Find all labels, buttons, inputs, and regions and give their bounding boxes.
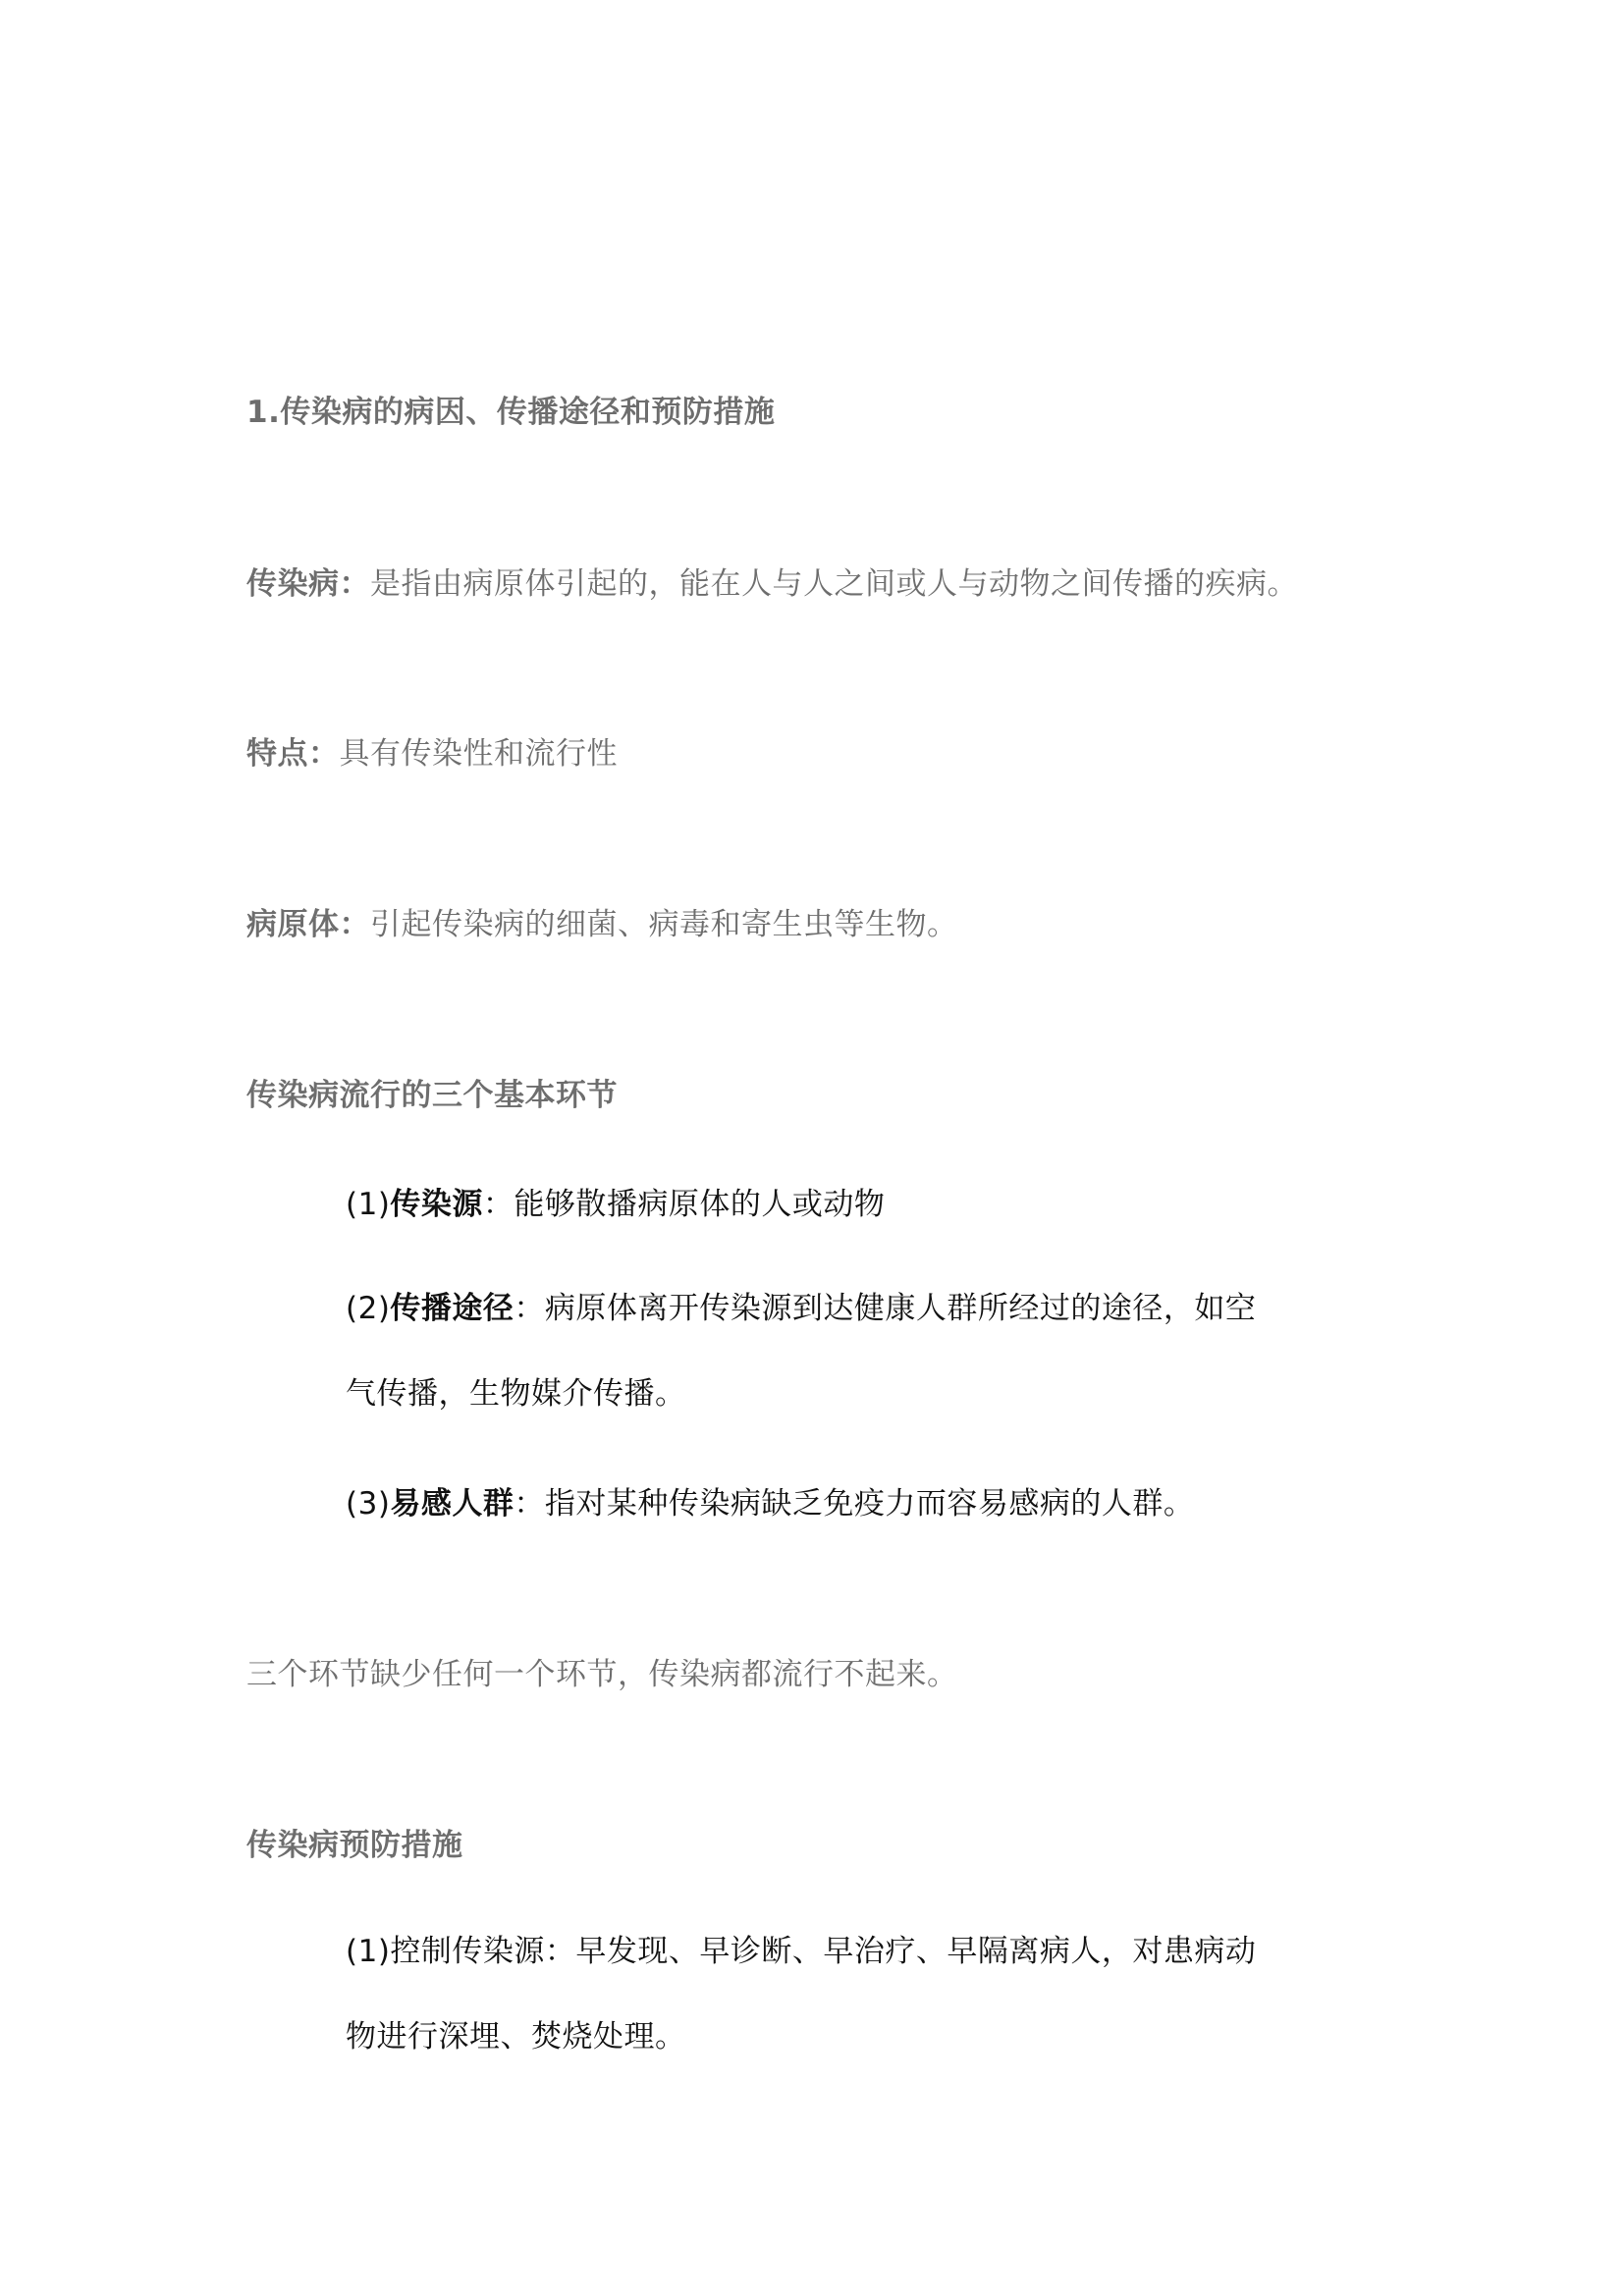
definition-text: 引起传染病的细菌、病毒和寄生虫等生物。 — [370, 907, 958, 942]
definition-infectious-disease: 传染病：是指由病原体引起的，能在人与人之间或人与动物之间传播的疾病。 — [246, 564, 1298, 604]
definition-separator: ： — [340, 566, 371, 602]
list-item-control-source: (1)控制传染源：早发现、早诊断、早治疗、早隔离病人，对患病动 — [346, 1932, 1256, 1971]
item-text: 病原体离开传染源到达健康人群所经过的途径，如空 — [545, 1291, 1257, 1326]
definition-term: 病原体 — [246, 907, 340, 942]
item-number: (1) — [346, 1187, 390, 1222]
list-item-route-continued: 气传播，生物媒介传播。 — [346, 1374, 686, 1414]
definition-separator: ： — [340, 907, 371, 942]
item-text: 指对某种传染病缺乏免疫力而容易感病的人群。 — [545, 1486, 1195, 1522]
list-item-source: (1)传染源：能够散播病原体的人或动物 — [346, 1185, 885, 1224]
definition-term: 特点 — [246, 736, 308, 772]
definition-text: 具有传染性和流行性 — [340, 736, 619, 772]
item-number: (2) — [346, 1291, 390, 1326]
section-heading-three-links: 传染病流行的三个基本环节 — [246, 1076, 618, 1115]
definition-text: 是指由病原体引起的，能在人与人之间或人与动物之间传播的疾病。 — [370, 566, 1298, 602]
list-item-susceptible: (3)易感人群：指对某种传染病缺乏免疫力而容易感病的人群。 — [346, 1484, 1194, 1523]
item-separator: ： — [483, 1187, 514, 1222]
item-text: 能够散播病原体的人或动物 — [514, 1187, 885, 1222]
item-term: 传播途径 — [390, 1291, 514, 1326]
definition-characteristics: 特点：具有传染性和流行性 — [246, 734, 618, 774]
list-item-route: (2)传播途径：病原体离开传染源到达健康人群所经过的途径，如空 — [346, 1289, 1256, 1328]
section-heading-prevention: 传染病预防措施 — [246, 1826, 463, 1865]
item-number: (3) — [346, 1486, 390, 1522]
item-separator: ： — [514, 1291, 545, 1326]
item-term: 传染源 — [390, 1187, 483, 1222]
document-title: 1.传染病的病因、传播途径和预防措施 — [246, 393, 775, 432]
definition-pathogen: 病原体：引起传染病的细菌、病毒和寄生虫等生物。 — [246, 905, 958, 944]
section-note: 三个环节缺少任何一个环节，传染病都流行不起来。 — [246, 1655, 958, 1694]
list-item-control-source-continued: 物进行深埋、焚烧处理。 — [346, 2017, 686, 2056]
item-term: 易感人群 — [390, 1486, 514, 1522]
document-page: 1.传染病的病因、传播途径和预防措施 传染病：是指由病原体引起的，能在人与人之间… — [0, 0, 1624, 2296]
definition-term: 传染病 — [246, 566, 340, 602]
item-separator: ： — [514, 1486, 545, 1522]
definition-separator: ： — [308, 736, 340, 772]
